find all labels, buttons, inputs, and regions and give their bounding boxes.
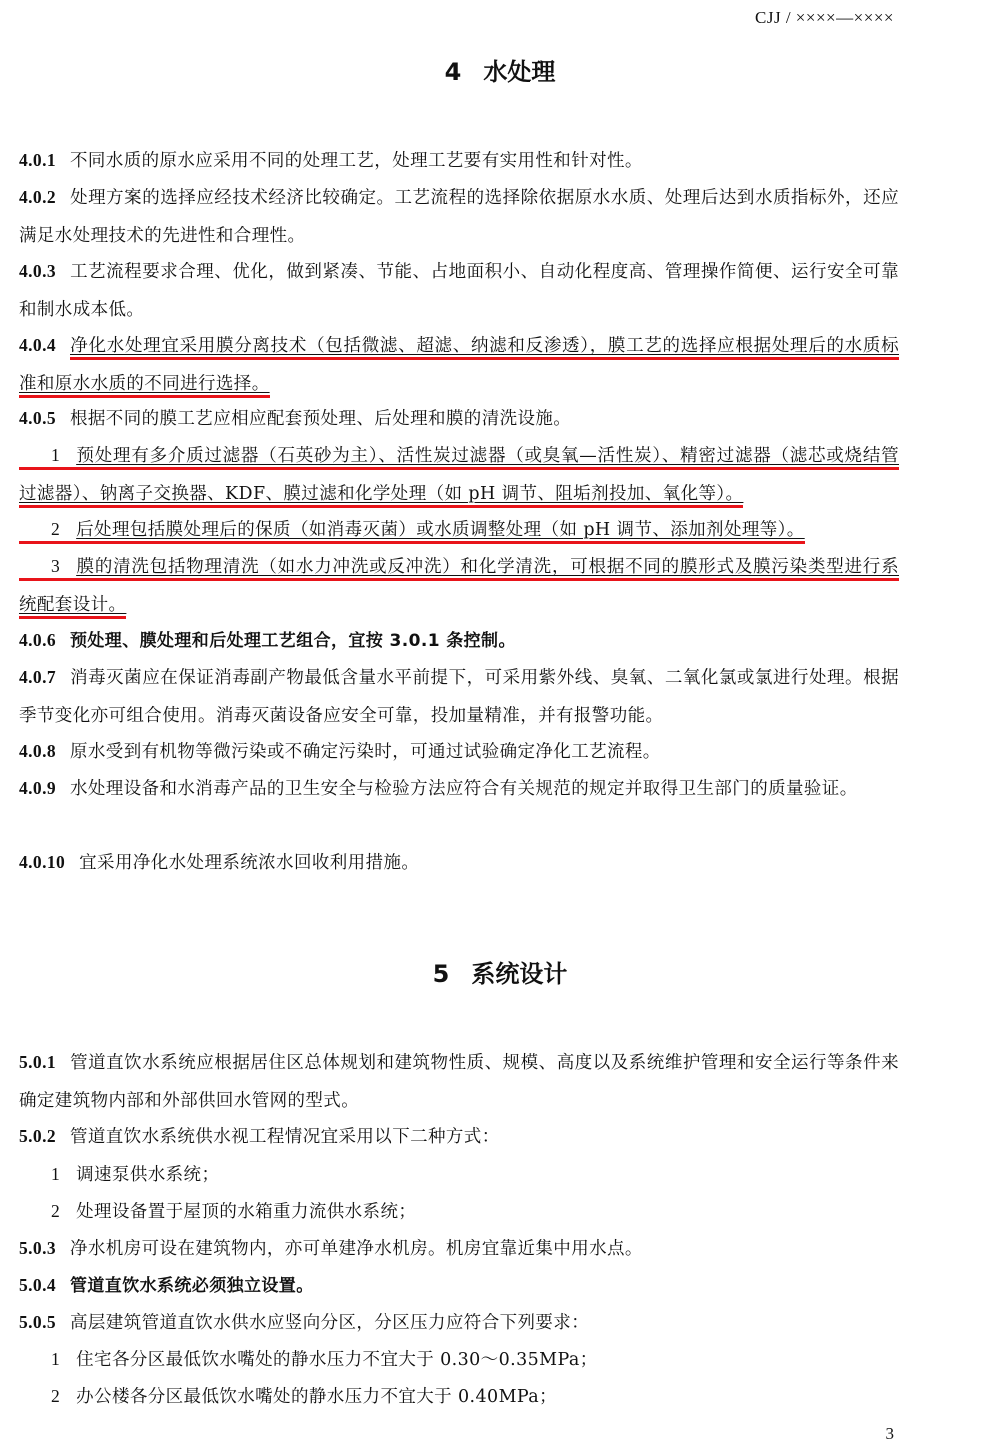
item-number: 3 [51,548,60,586]
item-number: 1 [51,437,60,475]
clause-text: 原水受到有机物等微污染或不确定污染时，可通过试验确定净化工艺流程。 [70,742,661,762]
clause-text: 根据不同的膜工艺应相应配套预处理、后处理和膜的清洗设施。 [70,409,571,429]
item-text: 办公楼各分区最低饮水嘴处的静水压力不宜大于 0.40MPa； [76,1387,557,1407]
clause-number: 5.0.2 [19,1118,56,1156]
highlighted-item: 2后处理包括膜处理后的保质（如消毒灭菌）或水质调整处理（如 pH 调节、添加剂处… [19,520,805,544]
standard-code-header: CJJ / ××××—×××× [755,8,894,28]
clause-5-0-3: 5.0.3净水机房可设在建筑物内，亦可单建净水机房。机房宜靠近集中用水点。 [19,1230,899,1269]
chapter-5-title: 5系统设计 [0,954,1000,989]
clause-4-0-5-item-3: 3膜的清洗包括物理清洗（如水力冲洗或反冲洗）和化学清洗，可根据不同的膜形式及膜污… [19,548,899,624]
clause-number: 4.0.7 [19,659,56,697]
item-text: 处理设备置于屋顶的水箱重力流供水系统； [76,1202,416,1222]
clause-text: 高层建筑管道直饮水供水应竖向分区，分区压力应符合下列要求： [70,1313,589,1333]
bold-clause-text: 管道直饮水系统必须独立设置。 [70,1276,314,1296]
item-number: 2 [51,1378,60,1416]
clause-5-0-1: 5.0.1管道直饮水系统应根据居住区总体规划和建筑物性质、规模、高度以及系统维护… [19,1044,899,1120]
bold-clause-text: 预处理、膜处理和后处理工艺组合，宜按 3.0.1 条控制。 [70,631,516,651]
clause-number: 4.0.6 [19,622,56,660]
clause-5-0-5: 5.0.5高层建筑管道直饮水供水应竖向分区，分区压力应符合下列要求： [19,1304,899,1343]
clause-5-0-2-item-2: 2处理设备置于屋顶的水箱重力流供水系统； [19,1193,899,1232]
item-number: 2 [51,1193,60,1231]
clause-number: 4.0.1 [19,142,56,180]
clause-4-0-7: 4.0.7消毒灭菌应在保证消毒副产物最低含量水平前提下，可采用紫外线、臭氧、二氧… [19,659,899,735]
clause-number: 4.0.2 [19,179,56,217]
clause-5-0-2-item-1: 1调速泵供水系统； [19,1156,899,1195]
chapter-title-text: 系统设计 [471,960,567,988]
chapter-number: 4 [445,58,462,86]
chapter-number: 5 [433,960,450,988]
clause-number: 4.0.8 [19,733,56,771]
clause-4-0-6: 4.0.6预处理、膜处理和后处理工艺组合，宜按 3.0.1 条控制。 [19,622,899,661]
clause-number: 4.0.3 [19,253,56,291]
clause-5-0-2: 5.0.2管道直饮水系统供水视工程情况宜采用以下二种方式： [19,1118,899,1157]
clause-text: 不同水质的原水应采用不同的处理工艺，处理工艺要有实用性和针对性。 [70,151,643,171]
clause-text: 水处理设备和水消毒产品的卫生安全与检验方法应符合有关规范的规定并取得卫生部门的质… [70,779,858,799]
clause-4-0-3: 4.0.3工艺流程要求合理、优化，做到紧凑、节能、占地面积小、自动化程度高、管理… [19,253,899,329]
item-text: 膜的清洗包括物理清洗（如水力冲洗或反冲洗）和化学清洗，可根据不同的膜形式及膜污染… [19,557,899,615]
item-text: 预处理有多介质过滤器（石英砂为主）、活性炭过滤器（或臭氧—活性炭）、精密过滤器（… [19,446,899,504]
clause-4-0-5: 4.0.5根据不同的膜工艺应相应配套预处理、后处理和膜的清洗设施。 [19,400,899,439]
clause-number: 4.0.4 [19,327,56,365]
clause-text: 管道直饮水系统应根据居住区总体规划和建筑物性质、规模、高度以及系统维护管理和安全… [19,1053,899,1111]
clause-4-0-9: 4.0.9水处理设备和水消毒产品的卫生安全与检验方法应符合有关规范的规定并取得卫… [19,770,899,809]
item-number: 1 [51,1341,60,1379]
clause-4-0-10: 4.0.10宜采用净化水处理系统浓水回收利用措施。 [19,844,899,883]
clause-4-0-5-item-2: 2后处理包括膜处理后的保质（如消毒灭菌）或水质调整处理（如 pH 调节、添加剂处… [19,511,899,550]
clause-5-0-4: 5.0.4管道直饮水系统必须独立设置。 [19,1267,899,1306]
highlighted-item: 3膜的清洗包括物理清洗（如水力冲洗或反冲洗）和化学清洗，可根据不同的膜形式及膜污… [19,557,899,619]
clause-text: 净水机房可设在建筑物内，亦可单建净水机房。机房宜靠近集中用水点。 [70,1239,643,1259]
clause-4-0-4: 4.0.4净化水处理宜采用膜分离技术（包括微滤、超滤、纳滤和反渗透），膜工艺的选… [19,327,899,403]
clause-number: 5.0.5 [19,1304,56,1342]
clause-number: 5.0.3 [19,1230,56,1268]
highlighted-item: 1预处理有多介质过滤器（石英砂为主）、活性炭过滤器（或臭氧—活性炭）、精密过滤器… [19,446,899,508]
clause-4-0-8: 4.0.8原水受到有机物等微污染或不确定污染时，可通过试验确定净化工艺流程。 [19,733,899,772]
clause-number: 5.0.1 [19,1044,56,1082]
clause-4-0-1: 4.0.1不同水质的原水应采用不同的处理工艺，处理工艺要有实用性和针对性。 [19,142,899,181]
chapter-title-text: 水处理 [483,58,555,86]
clause-number: 4.0.5 [19,400,56,438]
clause-number: 4.0.9 [19,770,56,808]
highlighted-clause-text: 净化水处理宜采用膜分离技术（包括微滤、超滤、纳滤和反渗透），膜工艺的选择应根据处… [19,336,899,398]
clause-text: 处理方案的选择应经技术经济比较确定。工艺流程的选择除依据原水水质、处理后达到水质… [19,188,899,246]
clause-text: 工艺流程要求合理、优化，做到紧凑、节能、占地面积小、自动化程度高、管理操作简便、… [19,262,899,320]
item-text: 住宅各分区最低饮水嘴处的静水压力不宜大于 0.30～0.35MPa； [76,1350,597,1370]
clause-4-0-2: 4.0.2处理方案的选择应经技术经济比较确定。工艺流程的选择除依据原水水质、处理… [19,179,899,255]
chapter-4-title: 4水处理 [0,52,1000,87]
clause-text: 消毒灭菌应在保证消毒副产物最低含量水平前提下，可采用紫外线、臭氧、二氧化氯或氯进… [19,668,899,726]
clause-5-0-5-item-1: 1住宅各分区最低饮水嘴处的静水压力不宜大于 0.30～0.35MPa； [19,1341,899,1380]
item-number: 2 [51,511,60,549]
item-text: 调速泵供水系统； [76,1165,219,1185]
clause-number: 4.0.10 [19,844,65,882]
clause-text: 宜采用净化水处理系统浓水回收利用措施。 [79,853,419,873]
item-number: 1 [51,1156,60,1194]
clause-4-0-5-item-1: 1预处理有多介质过滤器（石英砂为主）、活性炭过滤器（或臭氧—活性炭）、精密过滤器… [19,437,899,513]
clause-number: 5.0.4 [19,1267,56,1305]
clause-5-0-5-item-2: 2办公楼各分区最低饮水嘴处的静水压力不宜大于 0.40MPa； [19,1378,899,1417]
item-text: 后处理包括膜处理后的保质（如消毒灭菌）或水质调整处理（如 pH 调节、添加剂处理… [76,520,805,540]
page-number: 3 [886,1424,895,1444]
clause-text: 管道直饮水系统供水视工程情况宜采用以下二种方式： [70,1127,500,1147]
